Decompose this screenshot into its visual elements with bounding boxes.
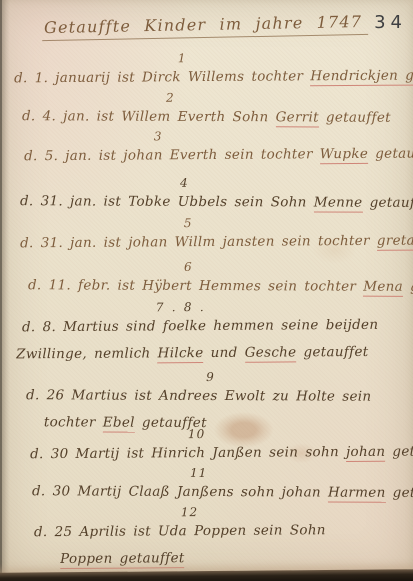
entry-line: d. 31. jan. ist Tobke Ubbels sein Sohn M…: [20, 189, 413, 218]
entry-text: getauffet: [319, 109, 391, 125]
entry-number: 4: [180, 176, 189, 190]
entry-text: getauffet: [385, 443, 413, 460]
baptized-name: Mena: [363, 279, 403, 297]
entry-number: 1: [178, 51, 187, 65]
entry-line: d. 30 Martij ist Hinrich Janßen sein soh…: [30, 440, 413, 470]
register-entry: 3d. 5. jan. ist johan Everth sein tochte…: [8, 129, 413, 172]
entry-line: d. 30 Martij Claaß Janßens sohn johan Ha…: [32, 479, 413, 508]
entry-number: 6: [184, 260, 193, 274]
entry-text: getaufft: [386, 485, 413, 501]
entry-text: d. 26 Martius ist Andrees Ewolt zu Holte…: [26, 387, 371, 405]
entry-text: d. 30 Martij Claaß Janßens sohn johan: [32, 483, 328, 500]
entry-text: getaufft: [368, 145, 413, 161]
baptized-name: Poppen getauffet: [60, 550, 185, 569]
baptized-name: johan: [346, 444, 385, 462]
register-entry: 1d. 1. januarij ist Dirck Willems tochte…: [8, 51, 413, 94]
entry-text: getaufft.: [362, 195, 413, 211]
register-entry: 5d. 31. jan. ist johan Willm jansten sei…: [8, 216, 413, 259]
register-entry: 6d. 11. febr. ist Hÿbert Hemmes sein toc…: [8, 260, 413, 302]
entry-number: 11: [190, 466, 207, 480]
register-entry: 7 . 8 .d. 8. Martius sind foelke hemmen …: [8, 300, 413, 370]
entry-number: 10: [188, 427, 205, 441]
entry-number: 3: [154, 129, 163, 143]
baptized-name: Hilcke: [158, 345, 204, 363]
entry-text: d. 1. januarij ist Dirck Willems tochter: [14, 68, 310, 86]
entry-number: 9: [206, 370, 215, 384]
entry-line: d. 25 Aprilis ist Uda Poppen sein Sohn: [34, 518, 413, 548]
entry-number: 2: [166, 91, 175, 105]
entry-text: d. 31. jan. ist Tobke Ubbels sein Sohn: [20, 193, 314, 210]
entry-number: 12: [181, 505, 198, 519]
baptized-name: Hendrickjen get.: [310, 67, 413, 86]
entry-line: d. 8. Martius sind foelke hemmen seine b…: [22, 313, 413, 343]
entry-line: d. 1. januarij ist Dirck Willems tochter…: [14, 64, 413, 94]
entry-line: d. 5. jan. ist johan Everth sein tochter…: [24, 142, 413, 172]
register-entry: 10d. 30 Martij ist Hinrich Janßen sein s…: [8, 427, 413, 470]
entry-text: getauf: [403, 279, 413, 295]
entry-line: d. 11. febr. ist Hÿbert Hemmes sein toch…: [28, 273, 413, 302]
entry-number: 5: [184, 216, 193, 230]
entry-number: 7 . 8 .: [156, 300, 205, 314]
entry-text: d. 31. jan. ist johan Willm jansten sein…: [20, 233, 377, 251]
entry-line: d. 26 Martius ist Andrees Ewolt zu Holte…: [26, 383, 413, 412]
entry-line: Zwillinge, nemlich Hilcke und Gesche get…: [16, 340, 413, 370]
baptized-name: Menne: [314, 194, 363, 212]
entry-text: d. 4. jan. ist Willem Everth Sohn: [22, 108, 276, 125]
baptized-name: Gerrit: [276, 109, 319, 127]
register-entry: 2d. 4. jan. ist Willem Everth Sohn Gerri…: [8, 91, 413, 133]
page-left-edge: [0, 0, 10, 581]
entry-text: d. 5. jan. ist johan Everth sein tochter: [24, 146, 320, 164]
manuscript-page: Getauffte Kinder im jahre 1747 34 1d. 1.…: [0, 0, 413, 581]
entry-line: d. 31. jan. ist johan Willm jansten sein…: [20, 229, 413, 259]
entry-text: Zwillinge, nemlich: [16, 345, 158, 362]
entry-text: und: [204, 345, 245, 361]
entry-text: d. 30 Martij ist Hinrich Janßen sein soh…: [30, 444, 346, 462]
baptized-name: Gesche: [245, 344, 297, 362]
baptized-name: Wupke: [320, 146, 368, 164]
entry-text: d. 8. Martius sind foelke hemmen seine b…: [22, 317, 378, 335]
baptized-name: greta: [377, 233, 413, 251]
register-entry: 12d. 25 Aprilis ist Uda Poppen sein Sohn…: [8, 505, 413, 575]
register-entry: 4d. 31. jan. ist Tobke Ubbels sein Sohn …: [8, 176, 413, 218]
baptized-name: Harmen: [328, 485, 386, 503]
entry-text: d. 11. febr. ist Hÿbert Hemmes sein toch…: [28, 277, 363, 294]
entry-text: d. 25 Aprilis ist Uda Poppen sein Sohn: [34, 522, 326, 540]
register-entry: 11d. 30 Martij Claaß Janßens sohn johan …: [8, 466, 413, 508]
entry-text: getauffet: [296, 344, 368, 361]
entries-list: 1d. 1. januarij ist Dirck Willems tochte…: [0, 0, 413, 581]
